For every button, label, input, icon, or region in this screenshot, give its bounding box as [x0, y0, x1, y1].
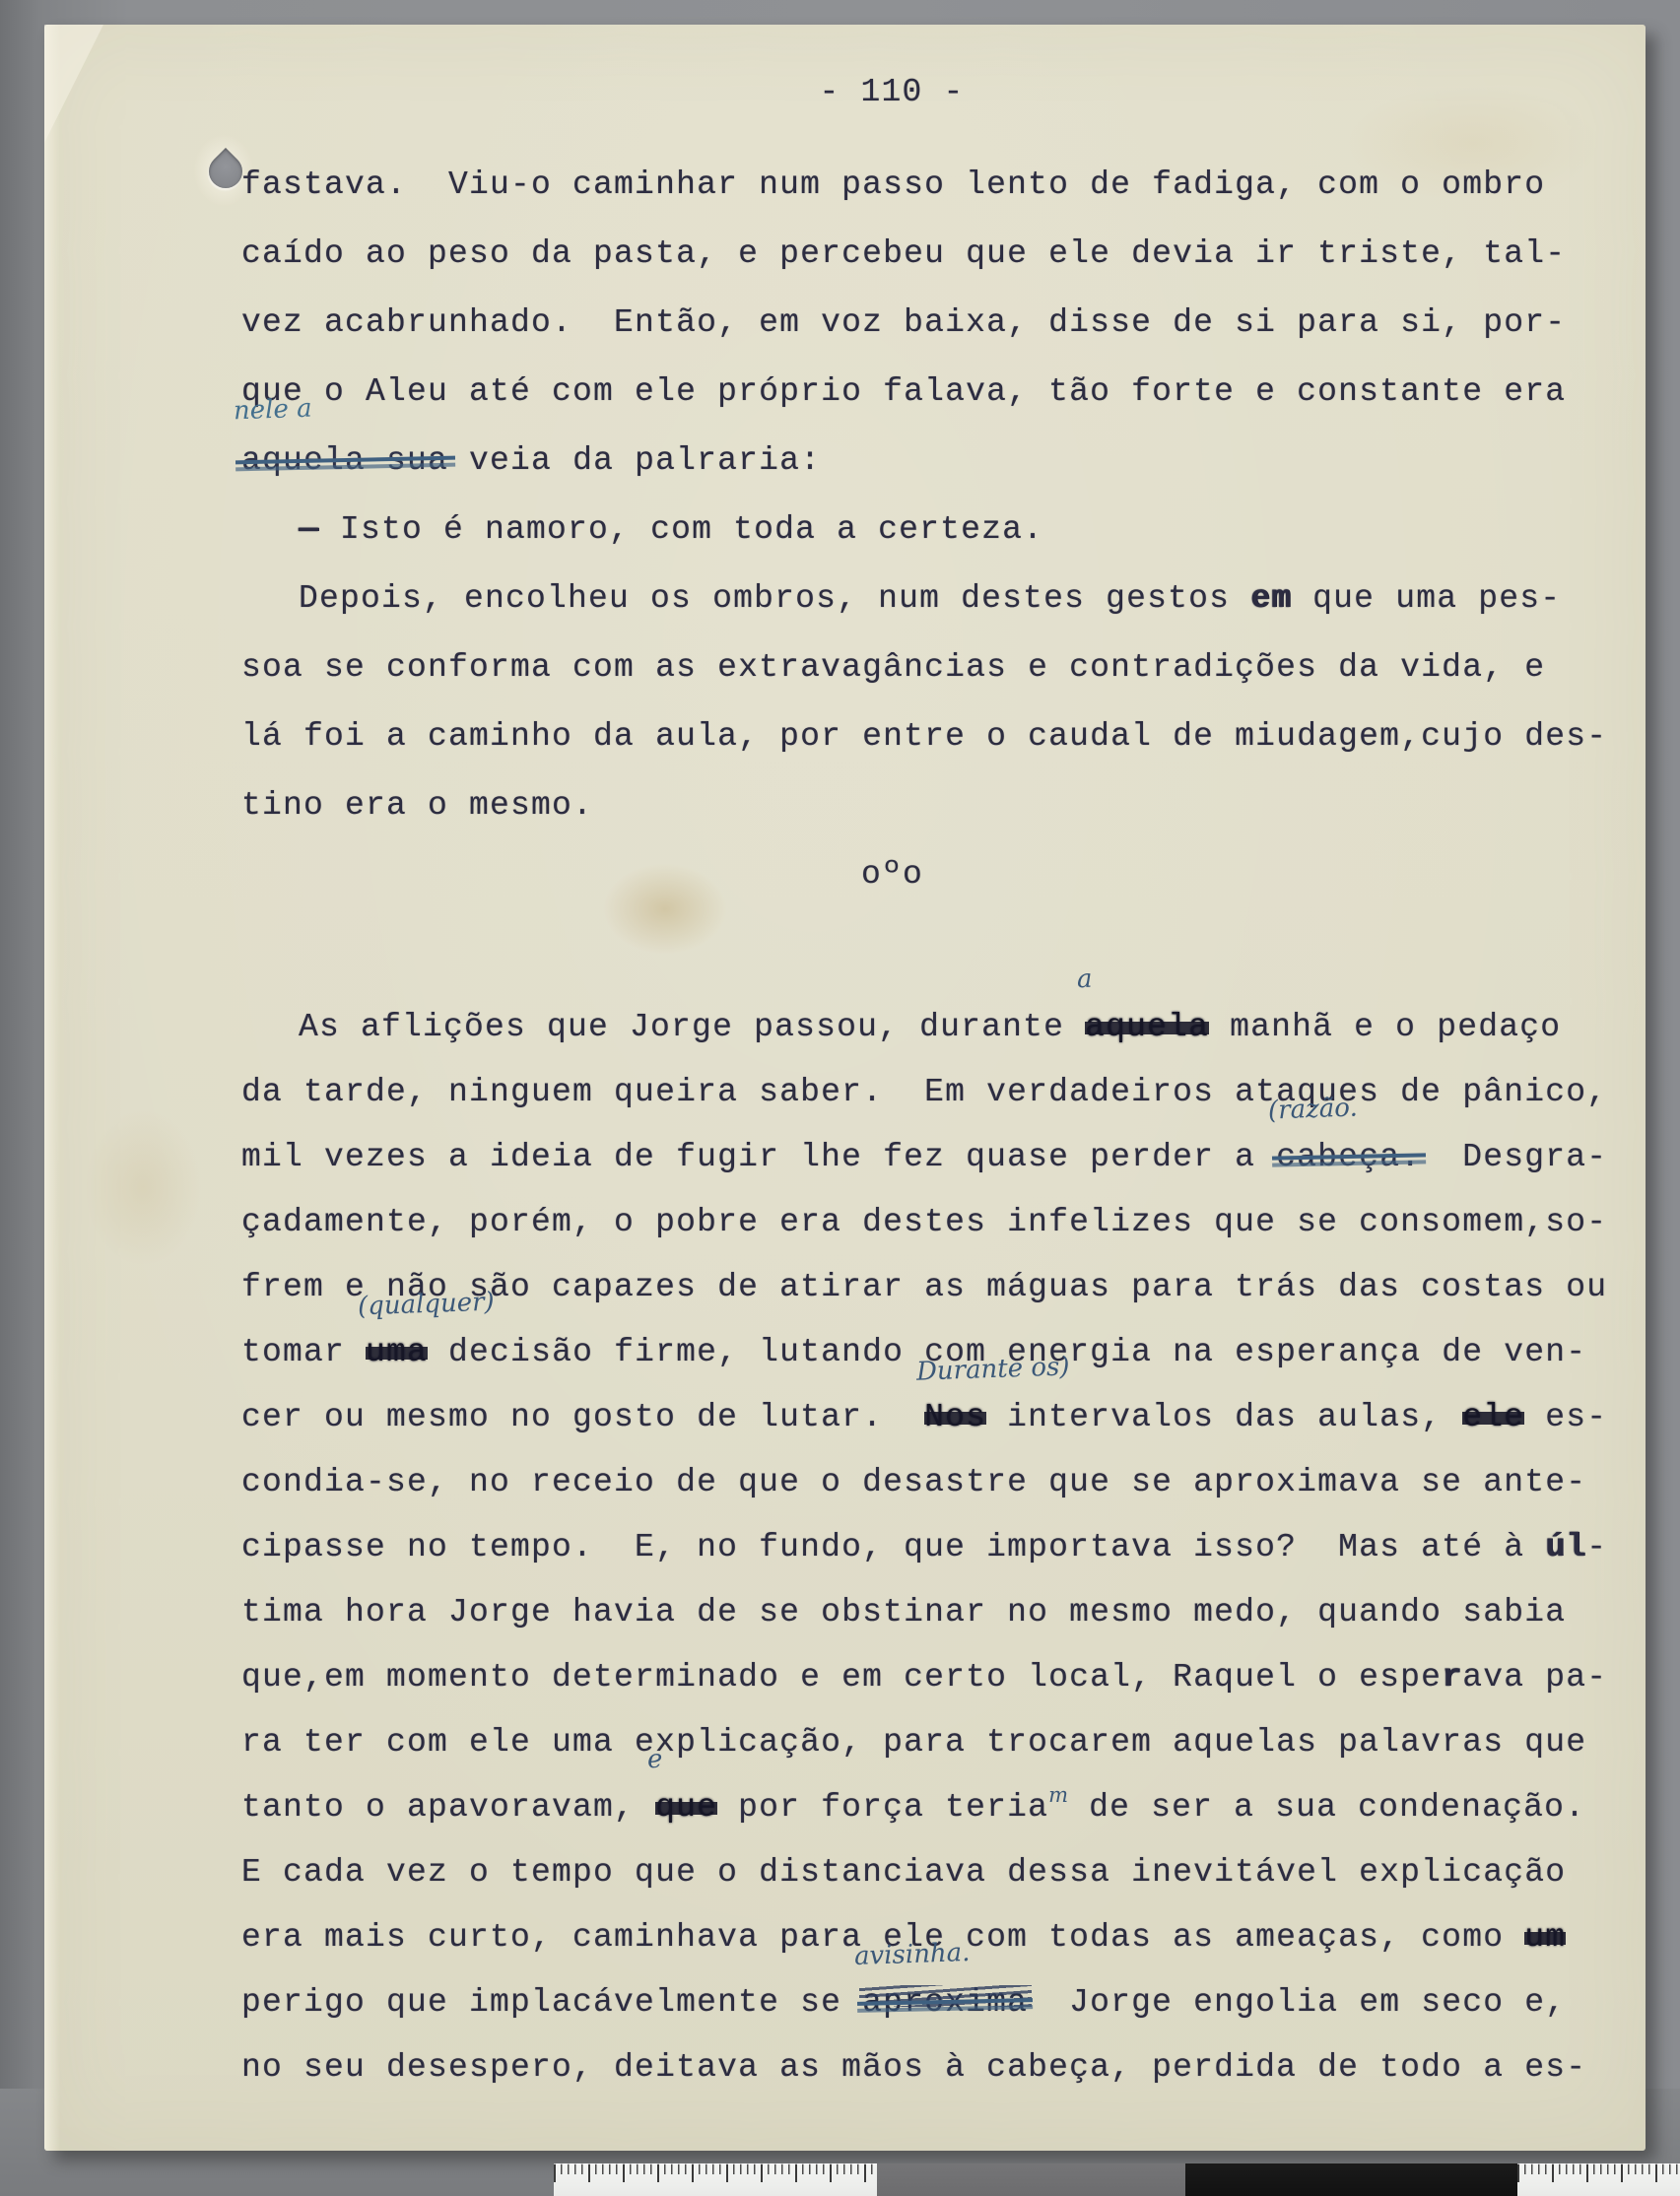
- calibration-ruler-right: [1517, 2163, 1680, 2196]
- typed-text: por força teria: [717, 1789, 1048, 1826]
- typed-text-block-1: fastava. Viu-o caminhar num passo lento …: [241, 151, 1626, 909]
- typed-line: que o Aleu até com ele próprio falava, t…: [241, 358, 1626, 427]
- struck-text: aproxima: [862, 1984, 1028, 2021]
- typed-line: ra ter com ele uma explicação, para troc…: [241, 1710, 1626, 1775]
- typed-line: lá foi a caminho da aula, por entre o ca…: [241, 702, 1626, 771]
- typed-text: caído ao peso da pasta, e percebeu que e…: [241, 235, 1566, 272]
- ink-correction: quee: [655, 1775, 717, 1840]
- typed-text: Depois, encolheu os ombros, num destes g…: [299, 580, 1250, 617]
- typed-text: Jorge engolia em seco e,: [1028, 1984, 1566, 2021]
- overtyped-text: r: [1442, 1659, 1462, 1696]
- ink-correction: aquelaa: [1085, 995, 1209, 1060]
- typed-text: da tarde, ninguem queira saber. Em verda…: [241, 1074, 1607, 1110]
- typed-line: cer ou mesmo no gosto de lutar. NosDuran…: [241, 1385, 1626, 1450]
- handwritten-insertion: nele a: [233, 374, 313, 446]
- typed-text: çadamente, porém, o pobre era destes inf…: [241, 1204, 1607, 1240]
- typed-text: tomar: [241, 1334, 366, 1370]
- handwritten-insertion: (razão.: [1267, 1076, 1359, 1144]
- typed-line: çadamente, porém, o pobre era destes inf…: [241, 1190, 1626, 1255]
- page-number: - 110 -: [138, 74, 1646, 110]
- typed-text: fastava. Viu-o caminhar num passo lento …: [241, 166, 1545, 203]
- scanned-manuscript-screenshot: { "document": { "page_number": "- 110 -"…: [0, 0, 1680, 2196]
- calibration-black-patch: [1185, 2163, 1517, 2196]
- struck-text: aquela sua: [241, 442, 448, 479]
- typed-line: perigo que implacávelmente se aproximaav…: [241, 1970, 1626, 2035]
- typed-line: vez acabrunhado. Então, em voz baixa, di…: [241, 289, 1626, 358]
- typed-text: que uma pes-: [1292, 580, 1561, 617]
- paper-stain: [84, 1108, 202, 1266]
- typed-line: Depois, encolheu os ombros, num destes g…: [241, 565, 1626, 633]
- handwritten-insertion: (qualquer): [357, 1270, 496, 1340]
- overtyped-text: em: [1250, 580, 1292, 617]
- ink-correction: cabeça.(razão.: [1276, 1125, 1421, 1190]
- handwritten-insertion: e: [646, 1727, 664, 1792]
- typed-text: tima hora Jorge havia de se obstinar no …: [241, 1594, 1566, 1630]
- calibration-ruler-left: [554, 2163, 877, 2196]
- typed-text: cer ou mesmo no gosto de lutar.: [241, 1399, 924, 1435]
- handwritten-insertion: a: [1076, 947, 1094, 1013]
- typed-text: manhã e o pedaço: [1209, 1009, 1561, 1045]
- typed-line: fastava. Viu-o caminhar num passo lento …: [241, 151, 1626, 220]
- typed-text: Isto é namoro, com toda a certeza.: [319, 511, 1043, 548]
- typed-text: mil vezes a ideia de fugir lhe fez quase…: [241, 1139, 1276, 1175]
- overtyped-text: —: [299, 511, 319, 548]
- struck-text: ele: [1462, 1399, 1524, 1435]
- struck-text: aquela: [1085, 1009, 1209, 1045]
- section-divider: oºo: [241, 840, 1626, 909]
- typed-text: lá foi a caminho da aula, por entre o ca…: [241, 718, 1607, 755]
- typed-text-block-2: As aflições que Jorge passou, durante aq…: [241, 995, 1626, 2100]
- typed-text: es-: [1524, 1399, 1607, 1435]
- typed-text: perigo que implacávelmente se: [241, 1984, 862, 2021]
- typed-line: tino era o mesmo.: [241, 771, 1626, 840]
- typed-text: no seu desespero, deitava as mãos à cabe…: [241, 2049, 1586, 2086]
- typed-line: As aflições que Jorge passou, durante aq…: [241, 995, 1626, 1060]
- ink-correction: ele: [1462, 1385, 1524, 1450]
- typed-line: mil vezes a ideia de fugir lhe fez quase…: [241, 1125, 1626, 1190]
- typed-text: ra ter com ele uma explicação, para troc…: [241, 1724, 1586, 1761]
- handwritten-insertion: avisinha.: [853, 1920, 972, 1989]
- typed-line: soa se conforma com as extravagâncias e …: [241, 633, 1626, 702]
- typed-text: Desgra-: [1421, 1139, 1607, 1175]
- typed-line: — Isto é namoro, com toda a certeza.: [241, 496, 1626, 565]
- typed-line: tima hora Jorge havia de se obstinar no …: [241, 1580, 1626, 1645]
- typed-text: intervalos das aulas,: [986, 1399, 1462, 1435]
- typed-text: ava pa-: [1462, 1659, 1607, 1696]
- ink-correction: aquela suanele a: [241, 427, 448, 496]
- typed-line: condia-se, no receio de que o desastre q…: [241, 1450, 1626, 1515]
- typed-text: que o Aleu até com ele próprio falava, t…: [241, 373, 1566, 410]
- struck-text: cabeça.: [1276, 1139, 1421, 1175]
- handwritten-insertion: m: [1048, 1783, 1068, 1807]
- typed-text: tanto o apavoravam,: [241, 1789, 655, 1826]
- typed-text: cipasse no tempo. E, no fundo, que impor…: [241, 1529, 1545, 1565]
- calibration-gray-patch: [877, 2163, 1185, 2196]
- struck-text: Nos: [924, 1399, 986, 1435]
- typed-text: soa se conforma com as extravagâncias e …: [241, 649, 1545, 686]
- typed-line: caído ao peso da pasta, e percebeu que e…: [241, 220, 1626, 289]
- overtyped-text: úl: [1545, 1529, 1586, 1565]
- ink-correction: uma(qualquer): [366, 1320, 428, 1385]
- typed-line: da tarde, ninguem queira saber. Em verda…: [241, 1060, 1626, 1125]
- typed-line: aquela suanele a veia da palraria:: [241, 427, 1626, 496]
- struck-text: uma: [366, 1334, 428, 1370]
- struck-text: um: [1524, 1919, 1566, 1956]
- typed-text: As aflições que Jorge passou, durante: [299, 1009, 1085, 1045]
- typed-line: cipasse no tempo. E, no fundo, que impor…: [241, 1515, 1626, 1580]
- typed-text: veia da palraria:: [448, 442, 821, 479]
- typed-text: que,em momento determinado e em certo lo…: [241, 1659, 1442, 1696]
- typed-line: tanto o apavoravam, quee por força teria…: [241, 1775, 1626, 1840]
- typed-text: condia-se, no receio de que o desastre q…: [241, 1464, 1586, 1500]
- struck-text: que: [655, 1789, 717, 1826]
- handwritten-insertion: Durante os): [915, 1334, 1071, 1404]
- typed-line: que,em momento determinado e em certo lo…: [241, 1645, 1626, 1710]
- typed-line: E cada vez o tempo que o distanciava des…: [241, 1840, 1626, 1905]
- typed-text: vez acabrunhado. Então, em voz baixa, di…: [241, 304, 1566, 341]
- typed-line: no seu desespero, deitava as mãos à cabe…: [241, 2035, 1626, 2100]
- ink-correction: um: [1524, 1905, 1566, 1970]
- typed-text: de ser a sua condenação.: [1068, 1789, 1585, 1826]
- manuscript-page: - 110 - fastava. Viu-o caminhar num pass…: [44, 25, 1646, 2151]
- ink-correction: aproximaavisinha.: [862, 1970, 1028, 2035]
- typed-text: tino era o mesmo.: [241, 787, 593, 824]
- ink-correction: NosDurante os): [924, 1385, 986, 1450]
- typed-text: -: [1586, 1529, 1607, 1565]
- typed-text: E cada vez o tempo que o distanciava des…: [241, 1854, 1566, 1891]
